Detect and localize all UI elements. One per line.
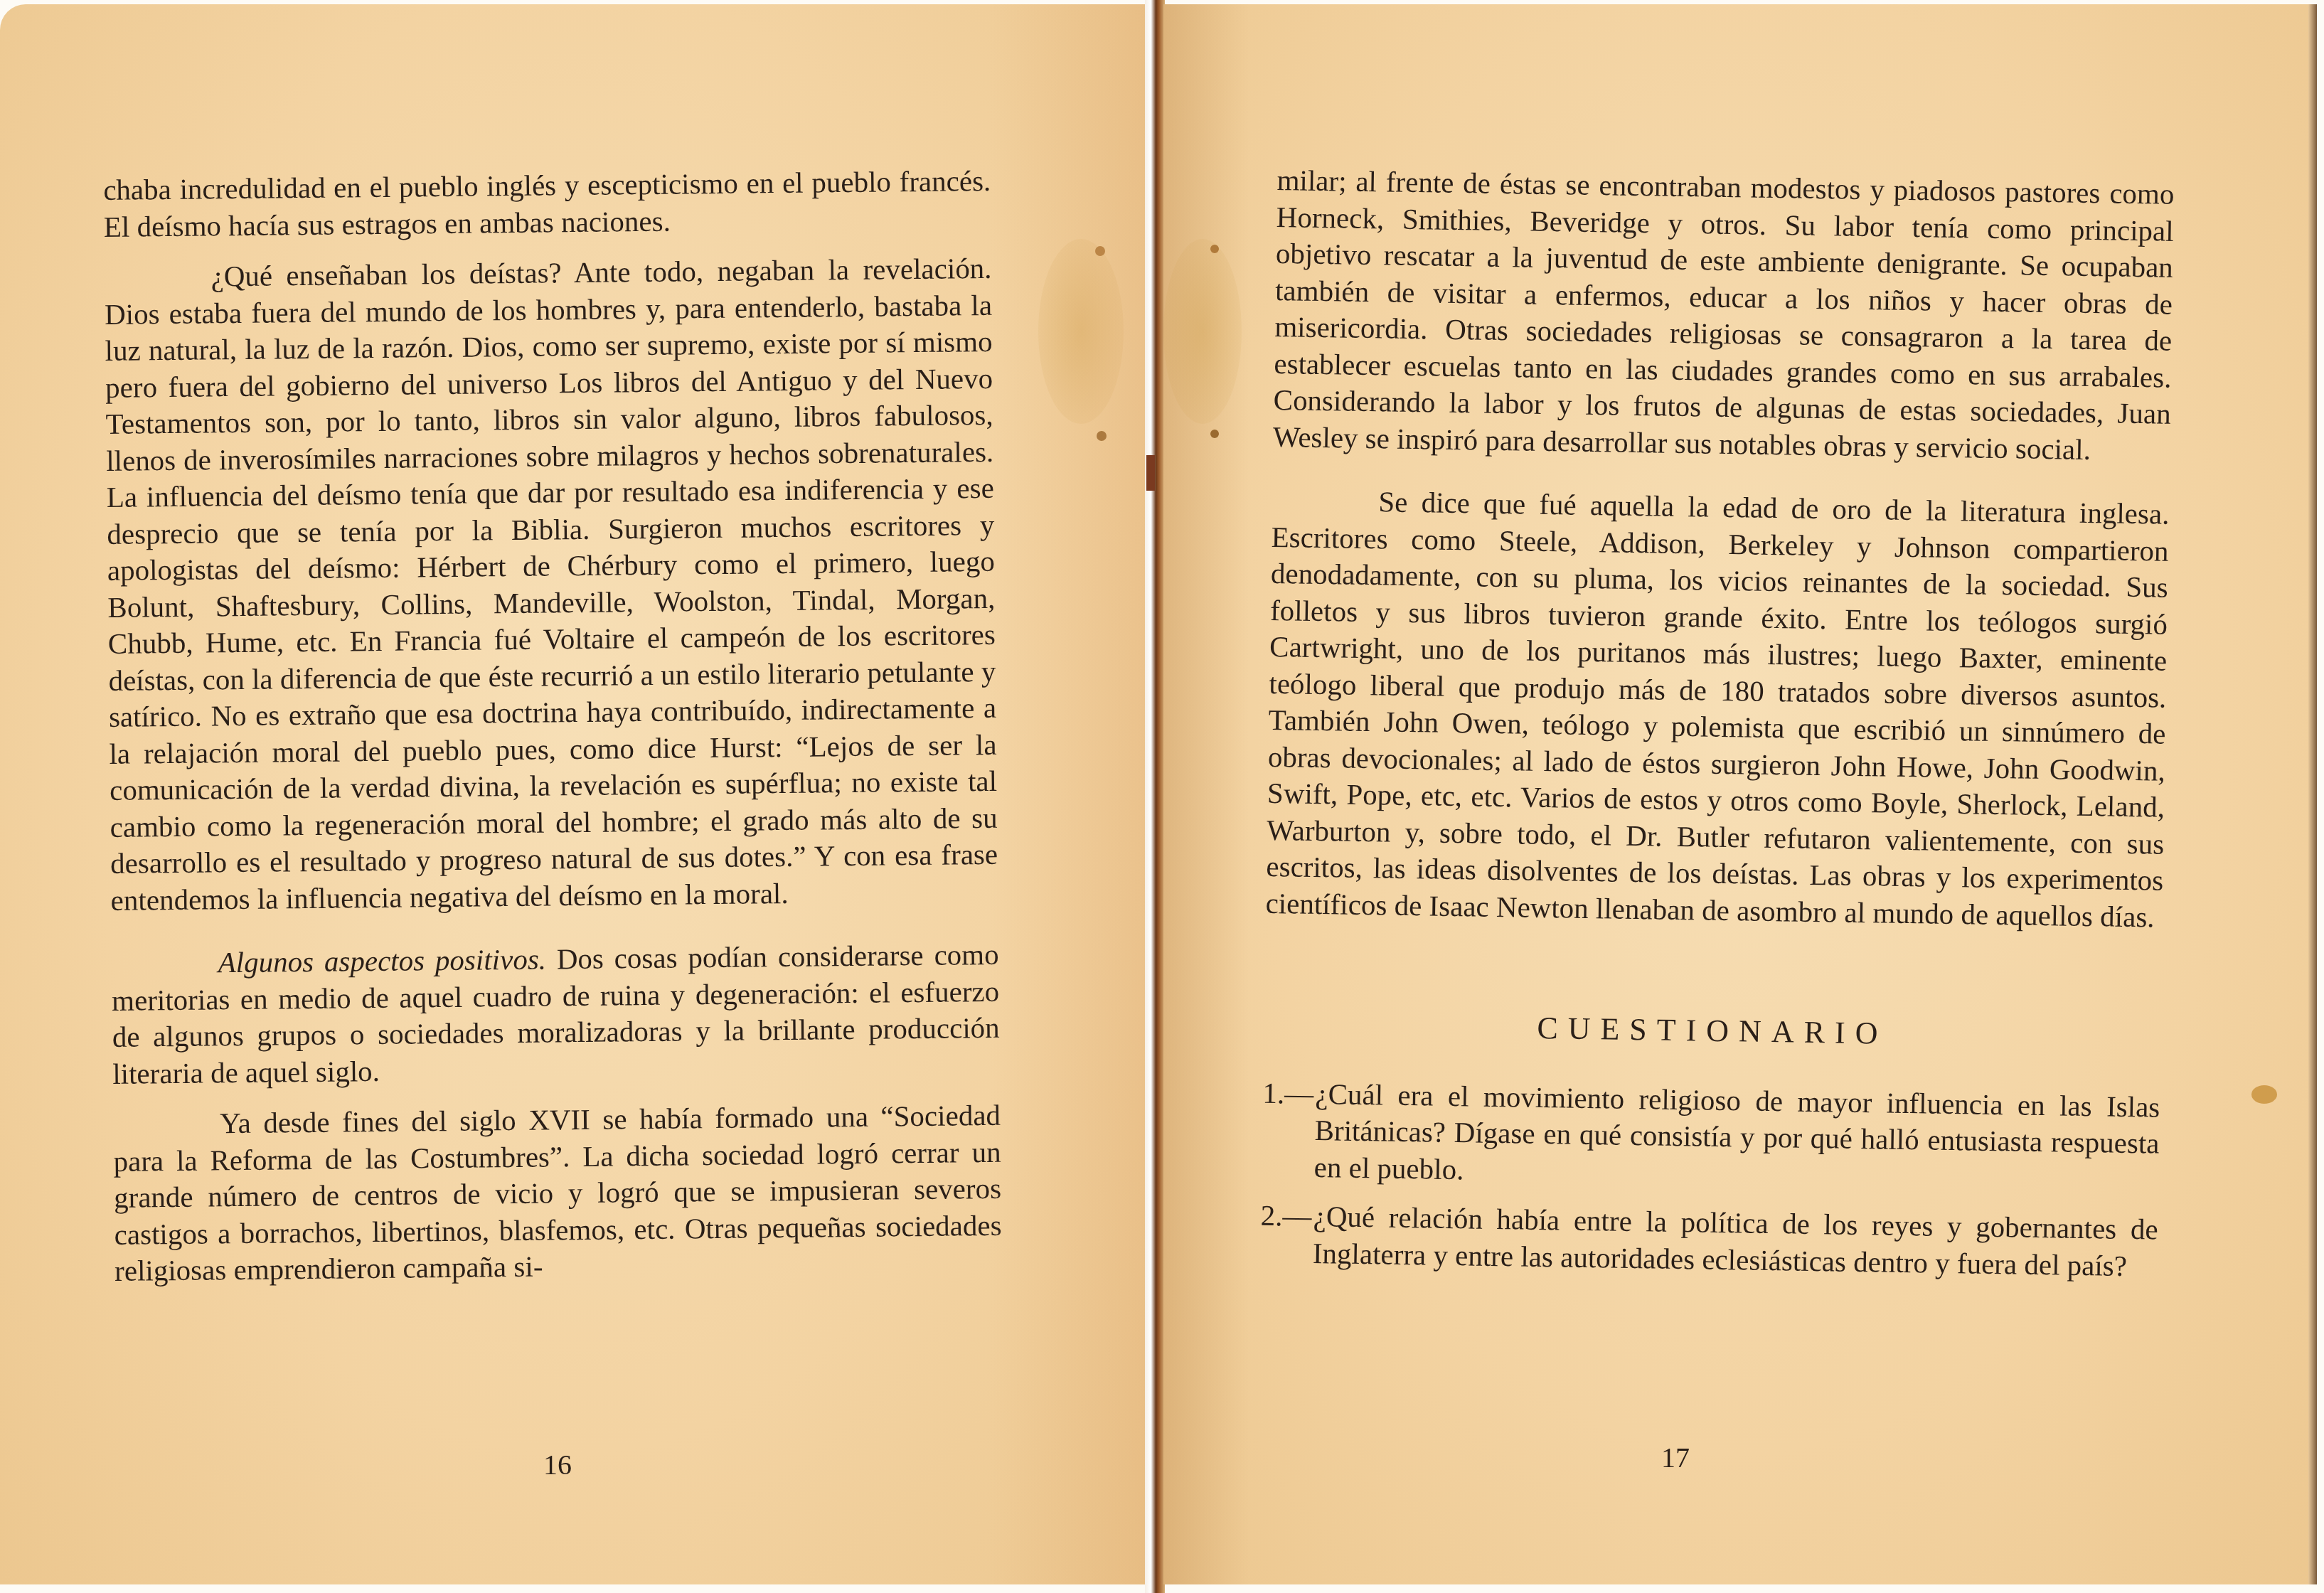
water-stain — [1038, 239, 1124, 424]
rust-spot — [2251, 1085, 2277, 1104]
question-item: 1.— ¿Cuál era el movimiento religioso de… — [1261, 1075, 2160, 1198]
paragraph: Ya desde fines del siglo XVII se había f… — [113, 1097, 1003, 1290]
left-page: chaba incredulidad en el pueblo inglés y… — [0, 4, 1146, 1584]
paragraph: chaba incredulidad en el pueblo inglés y… — [103, 163, 991, 245]
left-page-body: chaba incredulidad en el pueblo inglés y… — [103, 163, 1002, 1289]
book-spread: chaba incredulidad en el pueblo inglés y… — [0, 0, 2324, 1593]
staple-hole-bottom — [1210, 430, 1219, 438]
binding-thread — [1146, 455, 1155, 491]
question-item: 2.— ¿Qué relación había entre la polític… — [1260, 1198, 2158, 1285]
right-page: milar; al frente de éstas se encontraban… — [1163, 4, 2317, 1584]
paragraph-positive-aspects: Algunos aspectos positivos. Dos cosas po… — [111, 937, 1000, 1092]
question-text: ¿Qué relación había entre la política de… — [1313, 1198, 2158, 1285]
question-text: ¿Cuál era el movimiento religioso de may… — [1313, 1076, 2160, 1199]
staple-hole-top — [1095, 246, 1105, 256]
paragraph: Se dice que fué aquella la edad de oro d… — [1265, 482, 2170, 936]
section-heading: CUESTIONARIO — [1264, 1006, 2162, 1056]
staple-hole-top — [1210, 245, 1219, 253]
italic-lead: Algunos aspectos positivos. — [218, 943, 546, 979]
water-stain — [1163, 239, 1242, 424]
book-spine — [1145, 0, 1165, 1593]
question-number: 1.— — [1261, 1075, 1315, 1186]
page-number: 16 — [543, 1448, 572, 1481]
paragraph: milar; al frente de éstas se encontraban… — [1273, 162, 2175, 469]
paragraph: ¿Qué enseñaban los deístas? Ante todo, n… — [104, 250, 998, 919]
question-number: 2.— — [1260, 1198, 1314, 1272]
right-page-body: milar; al frente de éstas se encontraban… — [1259, 162, 2175, 1298]
page-number: 17 — [1661, 1441, 1690, 1474]
staple-hole-bottom — [1097, 431, 1107, 441]
